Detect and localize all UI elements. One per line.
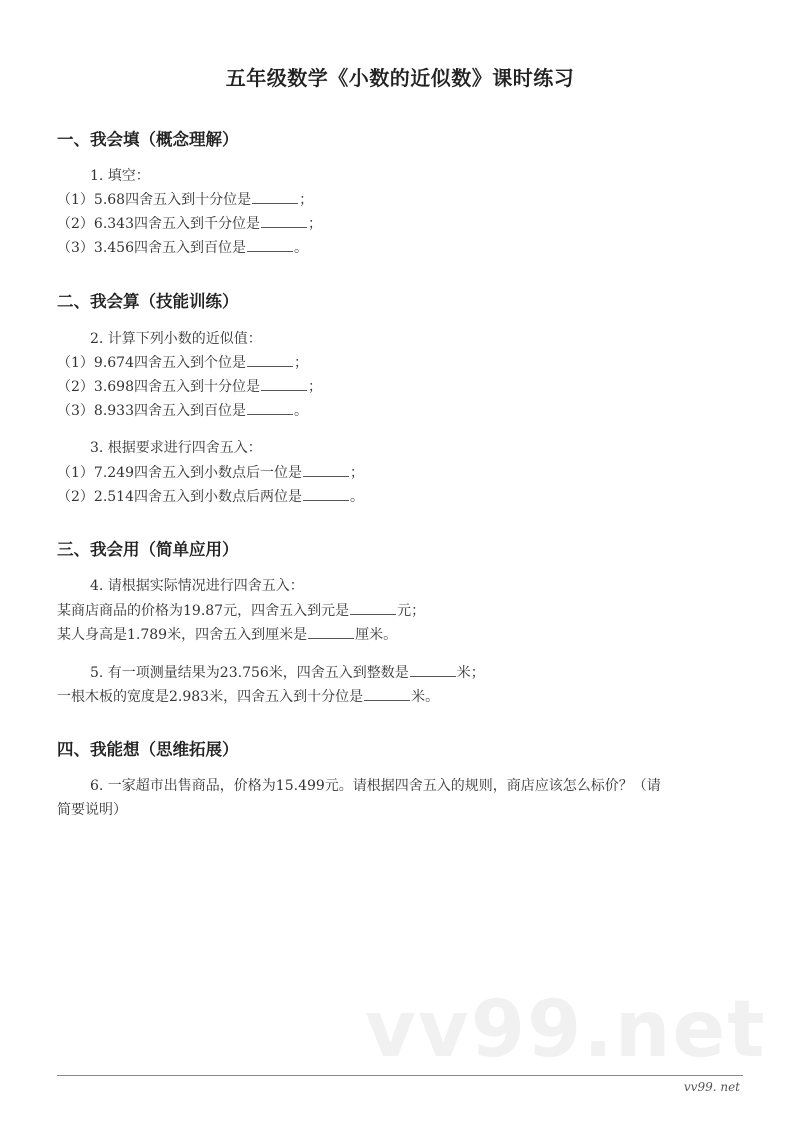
item-text: （1）9.674四舍五入到个位是: [57, 355, 246, 371]
section-heading-1: 一、我会填（概念理解）: [57, 126, 239, 150]
item-text: 某商店商品的价格为19.87元，四舍五入到元是: [57, 603, 349, 619]
page-title: 五年级数学《小数的近似数》课时练习: [0, 62, 800, 91]
question-item: （2）6.343四舍五入到千分位是；: [57, 213, 322, 234]
item-punct: 米。: [411, 689, 439, 705]
footer-text: vv99. net: [684, 1080, 740, 1094]
item-punct: ；: [350, 465, 364, 481]
answer-blank[interactable]: [364, 686, 410, 701]
item-punct: ；: [308, 216, 322, 232]
answer-blank[interactable]: [308, 624, 354, 639]
answer-blank[interactable]: [247, 237, 293, 252]
question-item: （2）3.698四舍五入到十分位是；: [57, 376, 322, 397]
item-punct: ；: [294, 355, 308, 371]
item-text: （2）2.514四舍五入到小数点后两位是: [57, 489, 302, 505]
question-stem-6-cont: 简要说明）: [57, 800, 127, 820]
item-text: （1）5.68四舍五入到十分位是: [57, 192, 251, 208]
question-stem-6: 6. 一家超市出售商品，价格为15.499元。请根据四舍五入的规则，商店应该怎么…: [90, 776, 661, 796]
item-text: （2）6.343四舍五入到千分位是: [57, 216, 260, 232]
answer-blank[interactable]: [252, 189, 298, 204]
question-item: （1）5.68四舍五入到十分位是；: [57, 189, 313, 210]
answer-blank[interactable]: [303, 462, 349, 477]
section-heading-3: 三、我会用（简单应用）: [57, 536, 239, 560]
question-stem-5: 5. 有一项测量结果为23.756米，四舍五入到整数是米；: [90, 662, 485, 683]
answer-blank[interactable]: [261, 213, 307, 228]
answer-blank[interactable]: [350, 600, 396, 615]
question-stem-4: 4. 请根据实际情况进行四舍五入：: [90, 576, 304, 596]
answer-blank[interactable]: [247, 352, 293, 367]
section-heading-4: 四、我能想（思维拓展）: [57, 736, 239, 760]
item-text: 5. 有一项测量结果为23.756米，四舍五入到整数是: [90, 665, 409, 681]
item-punct: 。: [294, 403, 308, 419]
question-item: 某商店商品的价格为19.87元，四舍五入到元是元；: [57, 600, 425, 621]
question-item: （1）9.674四舍五入到个位是；: [57, 352, 308, 373]
question-item: （3）8.933四舍五入到百位是。: [57, 400, 308, 421]
item-text: 一根木板的宽度是2.983米，四舍五入到十分位是: [57, 689, 363, 705]
item-punct: 元；: [397, 603, 425, 619]
question-stem-1: 1. 填空：: [90, 166, 150, 186]
item-text: 某人身高是1.789米，四舍五入到厘米是: [57, 627, 307, 643]
item-punct: ；: [308, 379, 322, 395]
question-stem-2: 2. 计算下列小数的近似值：: [90, 329, 262, 349]
question-item: （2）2.514四舍五入到小数点后两位是。: [57, 486, 364, 507]
item-punct: 米；: [457, 665, 485, 681]
answer-blank[interactable]: [247, 400, 293, 415]
item-text: （1）7.249四舍五入到小数点后一位是: [57, 465, 302, 481]
question-item: 某人身高是1.789米，四舍五入到厘米是厘米。: [57, 624, 397, 645]
item-text: （3）8.933四舍五入到百位是: [57, 403, 246, 419]
answer-blank[interactable]: [261, 376, 307, 391]
section-heading-2: 二、我会算（技能训练）: [57, 288, 239, 312]
item-text: （2）3.698四舍五入到十分位是: [57, 379, 260, 395]
item-punct: ；: [299, 192, 313, 208]
item-punct: 。: [350, 489, 364, 505]
footer-divider: [57, 1075, 743, 1076]
item-text: （3）3.456四舍五入到百位是: [57, 240, 246, 256]
item-punct: 。: [294, 240, 308, 256]
watermark: vv99.net: [365, 985, 767, 1075]
question-item: 一根木板的宽度是2.983米，四舍五入到十分位是米。: [57, 686, 439, 707]
question-item: （1）7.249四舍五入到小数点后一位是；: [57, 462, 364, 483]
answer-blank[interactable]: [410, 662, 456, 677]
question-item: （3）3.456四舍五入到百位是。: [57, 237, 308, 258]
question-stem-3: 3. 根据要求进行四舍五入：: [90, 438, 262, 458]
item-punct: 厘米。: [355, 627, 397, 643]
answer-blank[interactable]: [303, 486, 349, 501]
